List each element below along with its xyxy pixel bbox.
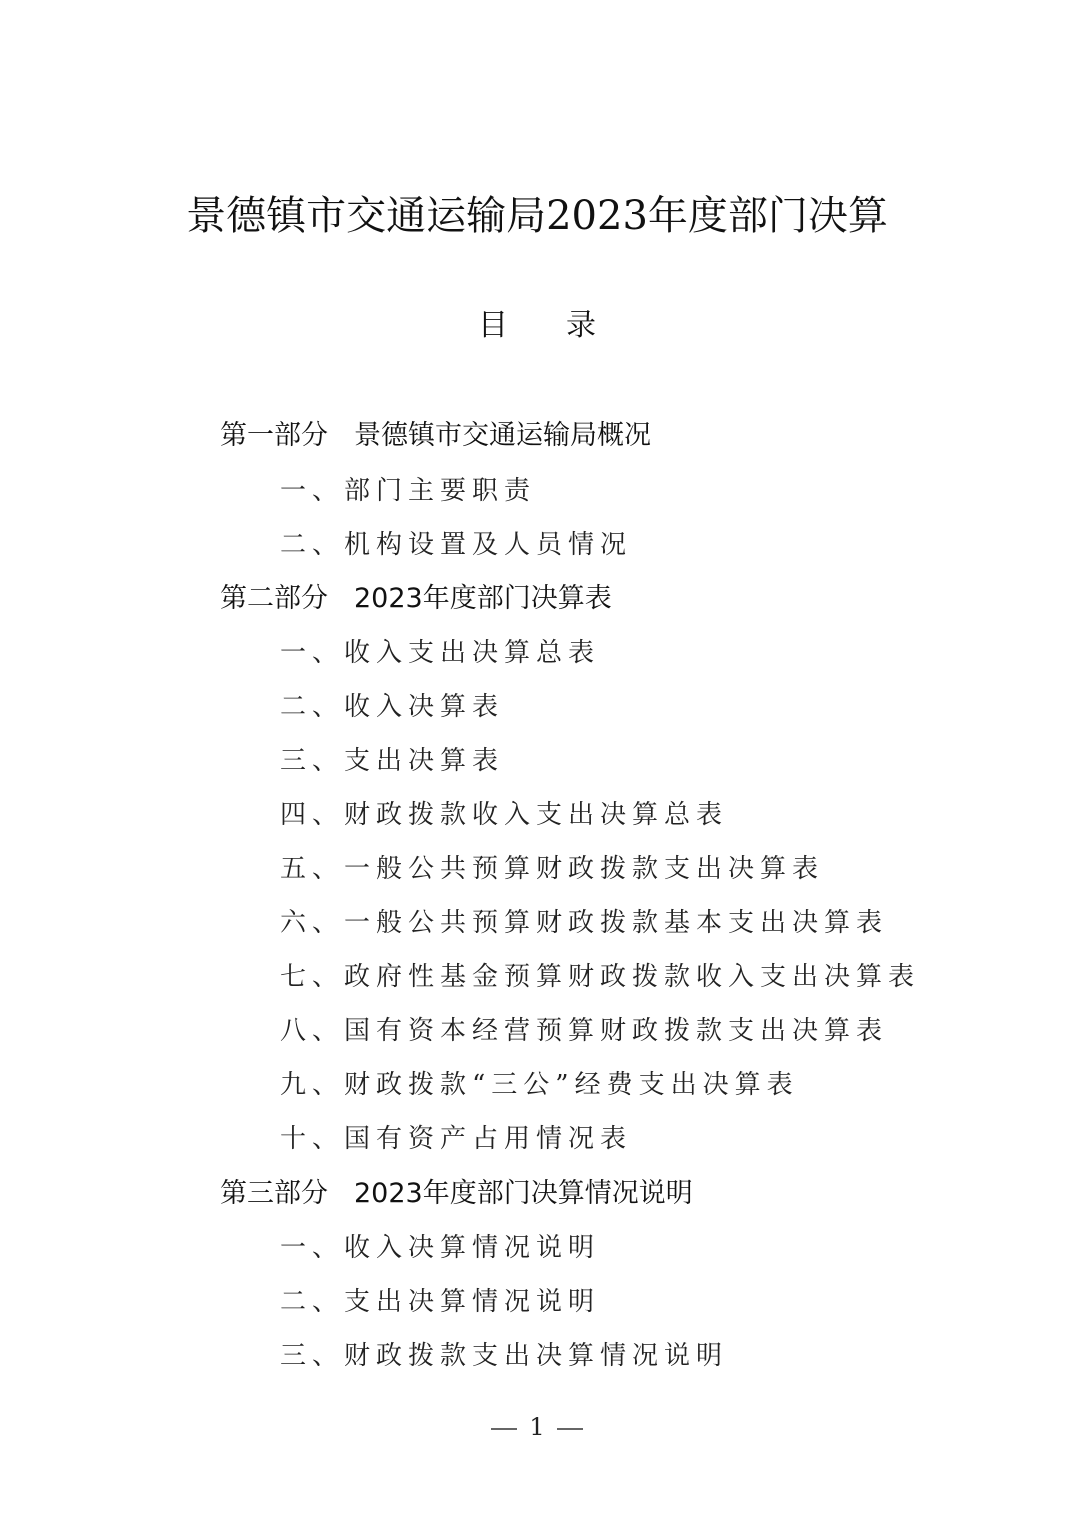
toc-item[interactable]: 五、一般公共预算财政拨款支出决算表 [280, 849, 824, 889]
document-page: 景德镇市交通运输局2023年度部门决算 目录 第一部分景德镇市交通运输局概况 一… [0, 0, 1074, 1520]
toc-part-1[interactable]: 第一部分景德镇市交通运输局概况 [220, 416, 651, 456]
toc-item[interactable]: 一、收入决算情况说明 [280, 1228, 600, 1268]
toc-part-title: 2023年度部门决算表 [354, 583, 612, 614]
toc-heading-left: 目 [478, 308, 508, 343]
toc-heading-right: 录 [566, 308, 596, 343]
toc-part-label: 第一部分 [220, 420, 328, 451]
toc-item[interactable]: 一、收入支出决算总表 [280, 633, 600, 673]
document-title: 景德镇市交通运输局2023年度部门决算 [0, 188, 1074, 244]
toc-item[interactable]: 七、政府性基金预算财政拨款收入支出决算表 [280, 957, 920, 997]
toc-part-title: 2023年度部门决算情况说明 [354, 1178, 693, 1209]
toc-item[interactable]: 九、财政拨款“三公”经费支出决算表 [280, 1065, 799, 1105]
page-number-value: 1 [529, 1413, 544, 1441]
dash-icon [491, 1428, 517, 1430]
toc-part-3[interactable]: 第三部分2023年度部门决算情况说明 [220, 1174, 693, 1214]
toc-item[interactable]: 一、部门主要职责 [280, 471, 536, 511]
toc-item[interactable]: 十、国有资产占用情况表 [280, 1119, 632, 1159]
toc-item[interactable]: 四、财政拨款收入支出决算总表 [280, 795, 728, 835]
toc-item[interactable]: 三、支出决算表 [280, 741, 504, 781]
toc-item[interactable]: 八、国有资本经营预算财政拨款支出决算表 [280, 1011, 888, 1051]
toc-heading: 目录 [0, 304, 1074, 348]
toc-part-label: 第三部分 [220, 1178, 328, 1209]
dash-icon [557, 1428, 583, 1430]
toc-item[interactable]: 三、财政拨款支出决算情况说明 [280, 1336, 728, 1376]
page-number: 1 [0, 1410, 1074, 1444]
toc-part-2[interactable]: 第二部分2023年度部门决算表 [220, 579, 612, 619]
toc-item[interactable]: 二、支出决算情况说明 [280, 1282, 600, 1322]
toc-item[interactable]: 二、机构设置及人员情况 [280, 525, 632, 565]
toc-item[interactable]: 六、一般公共预算财政拨款基本支出决算表 [280, 903, 888, 943]
toc-part-title: 景德镇市交通运输局概况 [354, 420, 651, 451]
toc-part-label: 第二部分 [220, 583, 328, 614]
toc-item[interactable]: 二、收入决算表 [280, 687, 504, 727]
